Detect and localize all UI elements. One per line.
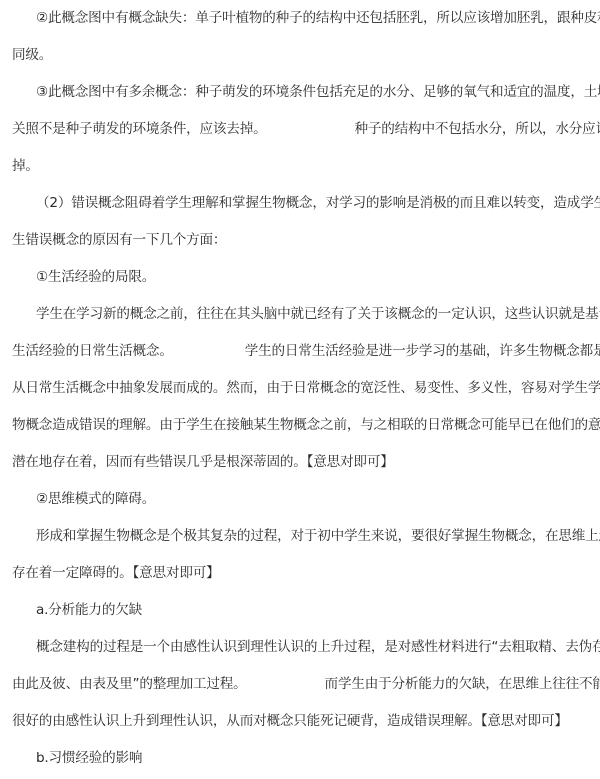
paragraph-thinking-barrier-cont: 存在着一定障碍的。【意思对即可】 — [12, 563, 220, 583]
heading-analysis-ability: a.分析能力的欠缺 — [36, 600, 142, 620]
paragraph-analysis-ability-3: 很好的由感性认识上升到理性认识，从而对概念只能死记硬背，造成错误理解。【意思对即… — [12, 711, 568, 731]
paragraph-life-experience-2: 生活经验的日常生活概念。学生的日常生活经验是进一步学习的基础，许多生物概念都是 — [12, 341, 600, 361]
paragraph-life-experience: 学生在学习新的概念之前，往往在其头脑中就已经有了关于该概念的一定认识，这些认识就… — [36, 304, 600, 324]
paragraph-life-experience-3: 从日常生活概念中抽象发展而成的。然而，由于日常概念的宽泛性、易变性、多义性，容易… — [12, 378, 600, 398]
paragraph-section-2-cont: 生错误概念的原因有一下几个方面： — [12, 230, 226, 250]
text-segment: 而学生由于分析能力的欠缺，在思维上往往不能 — [325, 676, 600, 692]
paragraph-concept-extra-end: 掉。 — [12, 156, 39, 176]
paragraph-concept-extra: ③此概念图中有多余概念：种子萌发的环境条件包括充足的水分、足够的氧气和适宜的温度… — [36, 82, 600, 102]
heading-thinking-barrier: ②思维模式的障碍。 — [36, 489, 155, 509]
paragraph-life-experience-5: 潜在地存在着，因而有些错误几乎是根深蒂固的。【意思对即可】 — [12, 452, 394, 472]
heading-habit-experience: b.习惯经验的影响 — [36, 748, 142, 768]
text-segment: 学生的日常生活经验是进一步学习的基础，许多生物概念都是 — [245, 343, 600, 359]
paragraph-thinking-barrier: 形成和掌握生物概念是个极其复杂的过程，对于初中学生来说，要很好掌握生物概念，在思… — [36, 526, 600, 546]
paragraph-concept-missing: ②此概念图中有概念缺失：单子叶植物的种子的结构中还包括胚乳，所以应该增加胚乳，跟… — [36, 8, 600, 28]
text-segment: 关照不是种子萌发的环境条件，应该去掉。 — [12, 121, 266, 137]
paragraph-concept-missing-cont: 同级。 — [12, 45, 52, 65]
heading-life-experience: ①生活经验的局限。 — [36, 267, 155, 287]
paragraph-concept-extra-cont: 关照不是种子萌发的环境条件，应该去掉。种子的结构中不包括水分，所以，水分应该去 — [12, 119, 600, 139]
paragraph-life-experience-4: 物概念造成错误的理解。由于学生在接触某生物概念之前，与之相联的日常概念可能早已在… — [12, 415, 600, 435]
paragraph-section-2: （2）错误概念阻碍着学生理解和掌握生物概念，对学习的影响是消极的而且难以转变，造… — [36, 193, 600, 213]
text-segment: 种子的结构中不包括水分，所以，水分应该去 — [354, 121, 600, 137]
text-segment: 由此及彼、由表及里”的整理加工过程。 — [12, 676, 247, 692]
paragraph-analysis-ability-2: 由此及彼、由表及里”的整理加工过程。而学生由于分析能力的欠缺，在思维上往往不能 — [12, 674, 600, 694]
paragraph-analysis-ability: 概念建构的过程是一个由感性认识到理性认识的上升过程，是对感性材料进行“去粗取精、… — [36, 637, 600, 657]
text-segment: 生活经验的日常生活概念。 — [12, 343, 173, 359]
